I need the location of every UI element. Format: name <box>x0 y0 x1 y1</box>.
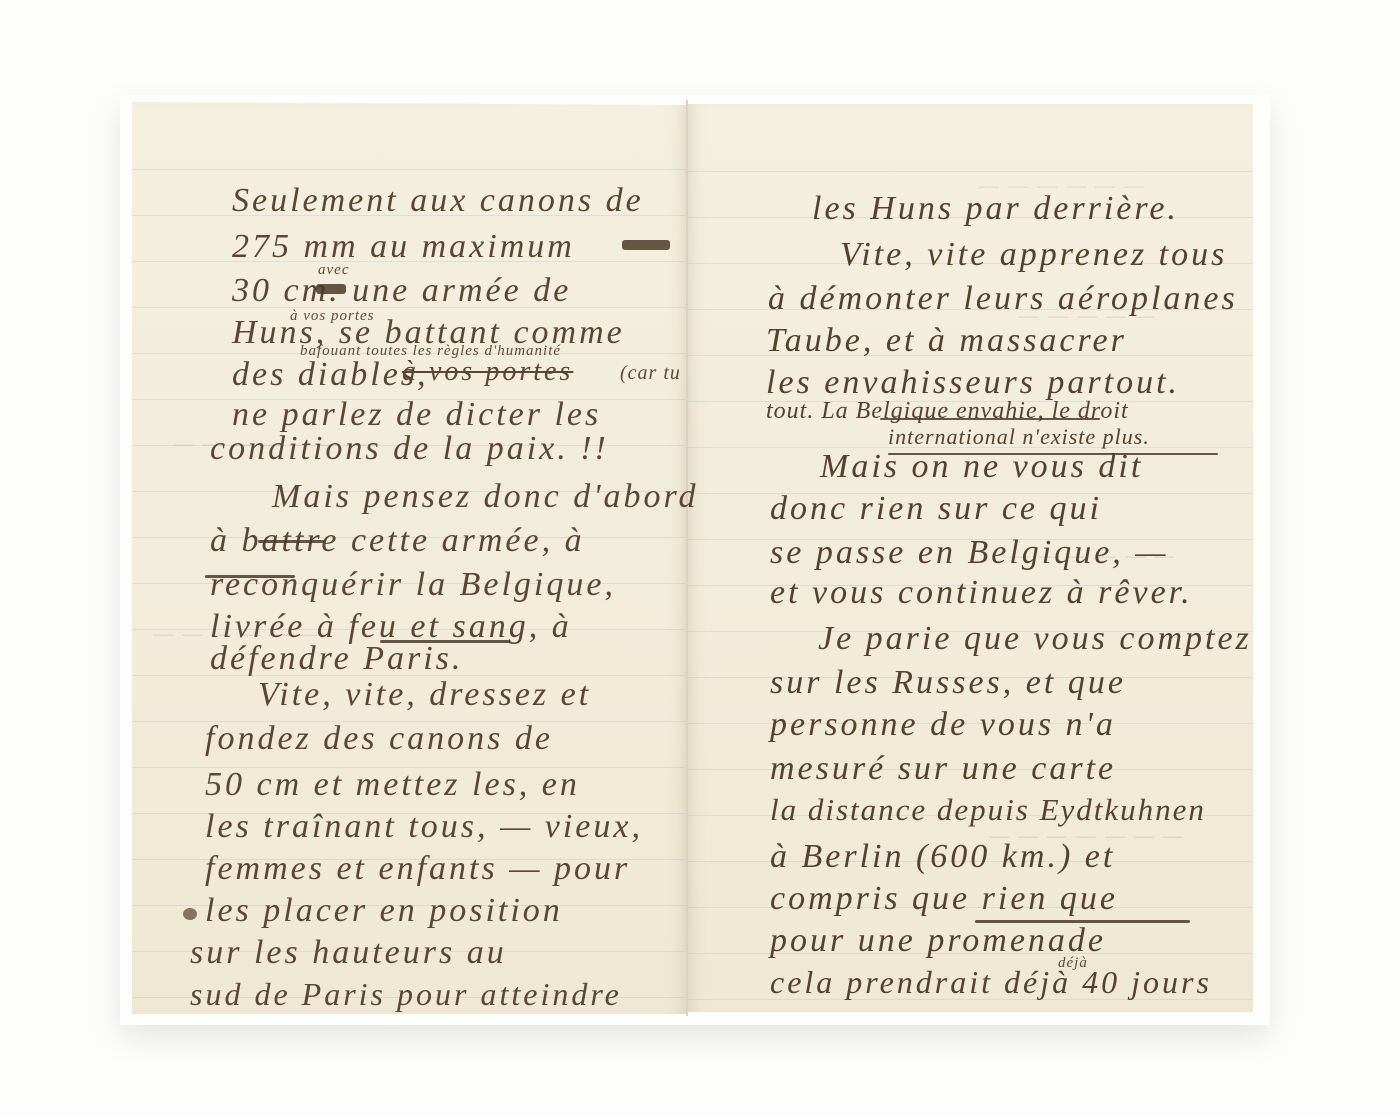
right-line-9: donc rien sur ce qui <box>770 490 1102 528</box>
left-line-8: Mais pensez donc d'abord <box>272 478 698 516</box>
right-line-4: Taube, et à massacrer <box>766 322 1127 360</box>
right-line-18: compris que rien que <box>770 880 1118 918</box>
right-line-8: Mais on ne vous dit <box>820 448 1143 486</box>
left-line-3: 30 cm. une armée de <box>232 272 571 310</box>
right-line-12: Je parie que vous comptez <box>818 620 1252 658</box>
strikethrough-line <box>880 418 1100 420</box>
underline <box>205 575 295 578</box>
page-spine-fold <box>686 100 688 1016</box>
right-line-19: pour une promenade <box>770 922 1106 960</box>
crossed-out-word <box>316 284 346 294</box>
underline <box>258 540 324 543</box>
right-line-14: personne de vous n'a <box>770 706 1116 744</box>
left-line-19: sur les hauteurs au <box>190 934 507 972</box>
underline <box>975 920 1190 923</box>
left-line-6: ne parlez de dicter les <box>232 396 601 434</box>
left-line-14: fondez des canons de <box>205 720 553 758</box>
underline <box>380 640 510 643</box>
left-line-15: 50 cm et mettez les, en <box>205 766 580 804</box>
crossed-out-word <box>622 240 670 250</box>
left-line-5: des diables, <box>232 356 429 394</box>
left-line-18: les placer en position <box>205 892 563 930</box>
left-line-2: 275 mm au maximum <box>232 228 575 266</box>
left-line-20: sud de Paris pour atteindre <box>190 976 622 1013</box>
right-line-13: sur les Russes, et que <box>770 664 1126 702</box>
left-line-16: les traînant tous, — vieux, <box>205 808 643 846</box>
right-line-7: international n'existe plus. <box>888 424 1150 450</box>
struck-text: à vos portes <box>402 356 573 388</box>
left-line-17: femmes et enfants — pour <box>205 850 630 888</box>
left-line-7: conditions de la paix. !! <box>210 430 609 468</box>
right-line-16: la distance depuis Eydtkuhnen <box>770 792 1206 828</box>
right-line-17: à Berlin (600 km.) et <box>770 838 1115 876</box>
right-line-15: mesuré sur une carte <box>770 750 1116 788</box>
right-line-11: et vous continuez à rêver. <box>770 574 1193 612</box>
right-line-10: se passe en Belgique, — <box>770 534 1169 572</box>
ink-blot <box>183 908 197 920</box>
right-line-5: les envahisseurs partout. <box>766 364 1180 402</box>
left-line-13: Vite, vite, dressez et <box>258 676 591 714</box>
right-line-3: à démonter leurs aéroplanes <box>768 280 1238 318</box>
left-line-1: Seulement aux canons de <box>232 182 644 220</box>
right-line-2: Vite, vite apprenez tous <box>840 236 1227 274</box>
margin-note-car-tu: (car tu <box>620 362 681 385</box>
left-line-10: reconquérir la Belgique, <box>210 566 616 604</box>
right-line-20: cela prendrait déjà 40 jours <box>770 964 1212 1001</box>
left-line-12: défendre Paris. <box>210 640 463 678</box>
right-line-1: les Huns par derrière. <box>812 190 1179 228</box>
right-line-6: tout. La Belgique envahie, le droit <box>766 398 1129 425</box>
